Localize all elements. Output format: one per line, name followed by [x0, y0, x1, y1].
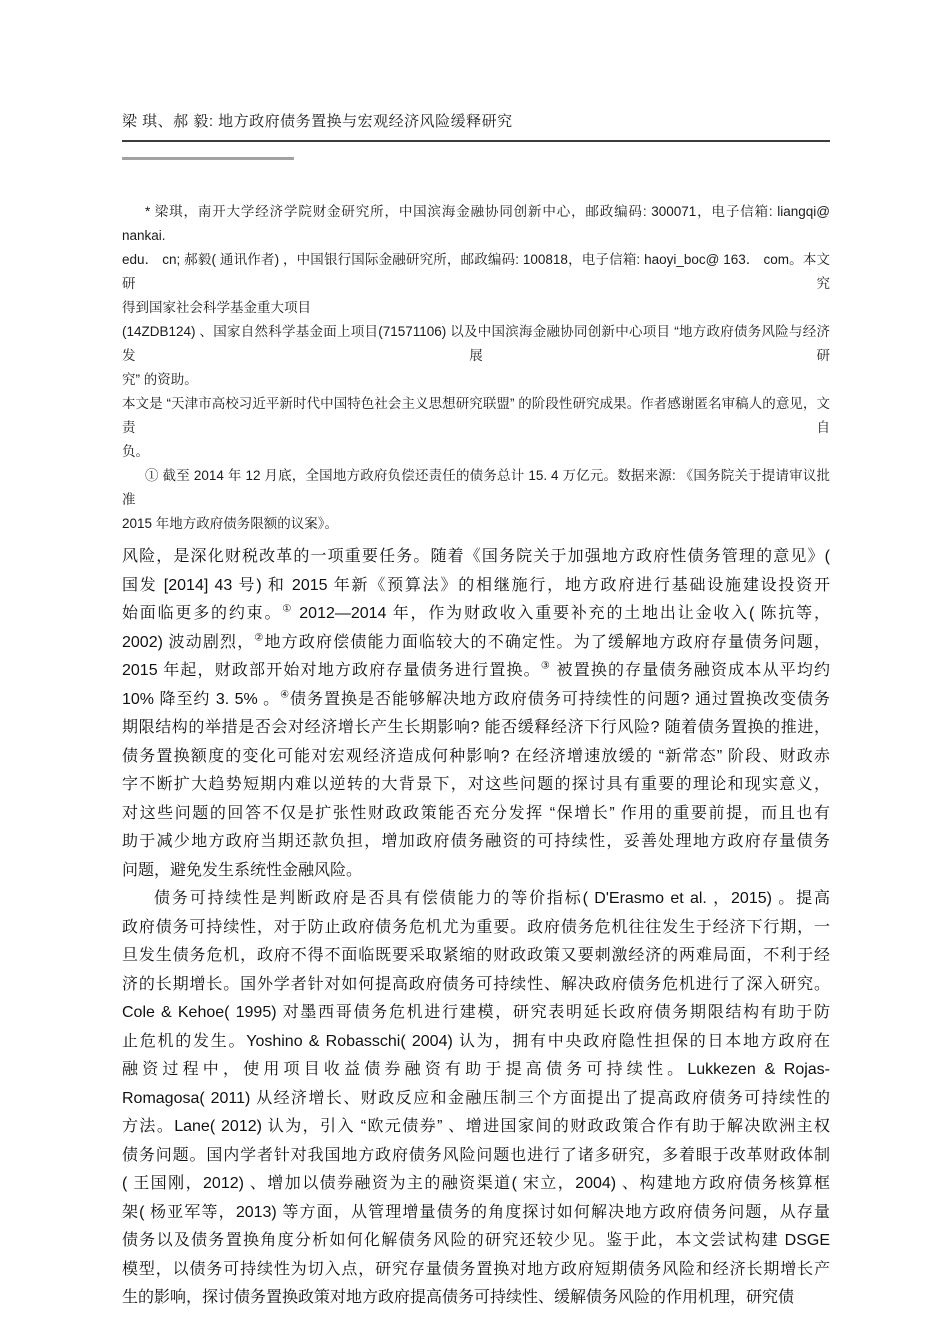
page-content: 梁 琪、郝 毅: 地方政府债务置换与宏观经济风险缓释研究 * 梁琪，南开大学经济… [122, 0, 830, 1313]
body-text-line: 旦发生债务危机，政府不得不面临既要采取紧缩的财政政策又要刺激经济的两难局面，不利… [122, 942, 830, 971]
body-text-line: 止危机的发生。Yoshino & Robasschi( 2004) 认为，拥有中… [122, 1028, 830, 1057]
footnote-block: * 梁琪，南开大学经济学院财金研究所，中国滨海金融协同创新中心，邮政编码: 30… [122, 200, 830, 536]
footnote-text-line: * 梁琪，南开大学经济学院财金研究所，中国滨海金融协同创新中心，邮政编码: 30… [122, 200, 830, 248]
footnote-acknowledgement-note: 本文是 “天津市高校习近平新时代中国特色社会主义思想研究联盟” 的阶段性研究成果… [122, 392, 830, 464]
body-text-line: Cole & Kehoe( 1995) 对墨西哥债务危机进行建模，研究表明延长政… [122, 999, 830, 1028]
body-text-line: 债务问题。国内学者针对我国地方政府债务风险问题也进行了诸多研究，多着眼于改革财政… [122, 1142, 830, 1171]
body-text-line: 期限结构的举措是否会对经济增长产生长期影响? 能否缓释经济下行风险? 随着债务置… [122, 714, 830, 743]
body-text-line: 济的长期增长。国外学者针对如何提高政府债务可持续性、解决政府债务危机进行了深入研… [122, 971, 830, 1000]
footnote-text-line: 究” 的资助。 [122, 368, 830, 392]
footnote-text-line: 本文是 “天津市高校习近平新时代中国特色社会主义思想研究联盟” 的阶段性研究成果… [122, 392, 830, 440]
body-text-block: 风险，是深化财税改革的一项重要任务。随着《国务院关于加强地方政府性债务管理的意见… [122, 543, 830, 1313]
body-text-line: 问题，避免发生系统性金融风险。 [122, 857, 830, 886]
footnote-text-line: 2015 年地方政府债务限额的议案》。 [122, 512, 830, 536]
body-text-line: 始面临更多的约束。① 2012—2014 年，作为财政收入重要补充的土地出让金收… [122, 600, 830, 629]
body-text-line: 方法。Lane( 2012) 认为，引入 “欧元债券” 、增进国家间的财政政策合… [122, 1113, 830, 1142]
body-text-line: 字不断扩大趋势短期内难以逆转的大背景下，对这些问题的探讨具有重要的理论和现实意义… [122, 771, 830, 800]
body-text-line: 10% 降至约 3. 5% 。④债务置换是否能够解决地方政府债务可持续性的问题?… [122, 686, 830, 715]
body-text-line: 政府债务可持续性，对于防止政府债务危机尤为重要。政府债务危机往往发生于经济下行期… [122, 914, 830, 943]
header-rule [122, 140, 830, 142]
body-text-line: 模型，以债务可持续性为切入点，研究存量债务置换对地方政府短期债务风险和经济长期增… [122, 1256, 830, 1285]
body-text-line: 对这些问题的回答不仅是扩张性财政政策能否充分发挥 “保增长” 作用的重要前提，而… [122, 800, 830, 829]
body-text-line: 2002) 波动剧烈，②地方政府偿债能力面临较大的不确定性。为了缓解地方政府存量… [122, 629, 830, 658]
footnote-text-line: 负。 [122, 440, 830, 464]
body-paragraph-intro: 风险，是深化财税改革的一项重要任务。随着《国务院关于加强地方政府性债务管理的意见… [122, 543, 830, 885]
running-header: 梁 琪、郝 毅: 地方政府债务置换与宏观经济风险缓释研究 [122, 110, 830, 131]
footnote-separator-rule [122, 157, 294, 160]
footnote-author-note: * 梁琪，南开大学经济学院财金研究所，中国滨海金融协同创新中心，邮政编码: 30… [122, 200, 830, 320]
body-paragraph-literature: 债务可持续性是判断政府是否具有偿债能力的等价指标( D'Erasmo et al… [122, 885, 830, 1313]
body-text-line: 风险，是深化财税改革的一项重要任务。随着《国务院关于加强地方政府性债务管理的意见… [122, 543, 830, 572]
body-text-line: 2015 年起，财政部开始对地方政府存量债务进行置换。③ 被置换的存量债务融资成… [122, 657, 830, 686]
footnote-text-line: 得到国家社会科学基金重大项目 [122, 296, 830, 320]
body-text-line: 国发 [2014] 43 号) 和 2015 年新《预算法》的相继施行，地方政府… [122, 572, 830, 601]
footnote-funding-note: (14ZDB124) 、国家自然科学基金面上项目(71571106) 以及中国滨… [122, 320, 830, 392]
paper-page: 梁 琪、郝 毅: 地方政府债务置换与宏观经济风险缓释研究 * 梁琪，南开大学经济… [0, 0, 950, 1344]
body-text-line: 债务以及债务置换角度分析如何化解债务风险的研究还较少见。鉴于此，本文尝试构建 D… [122, 1227, 830, 1256]
body-text-line: 融资过程中，使用项目收益债券融资有助于提高债务可持续性。Lukkezen & R… [122, 1056, 830, 1085]
footnote-text-line: (14ZDB124) 、国家自然科学基金面上项目(71571106) 以及中国滨… [122, 320, 830, 368]
body-text-line: ( 王国刚，2012) 、增加以债券融资为主的融资渠道( 宋立，2004) 、构… [122, 1170, 830, 1199]
footnote-1: ① 截至 2014 年 12 月底，全国地方政府负偿还责任的债务总计 15. 4… [122, 464, 830, 536]
footnote-text-line: edu． cn; 郝毅( 通讯作者) ，中国银行国际金融研究所，邮政编码: 10… [122, 248, 830, 296]
body-text-line: 生的影响，探讨债务置换政策对地方政府提高债务可持续性、缓解债务风险的作用机理，研… [122, 1284, 830, 1313]
body-text-line: 债务可持续性是判断政府是否具有偿债能力的等价指标( D'Erasmo et al… [122, 885, 830, 914]
body-text-line: 架( 杨亚军等，2013) 等方面，从管理增量债务的角度探讨如何解决地方政府债务… [122, 1199, 830, 1228]
body-text-line: 助于减少地方政府当期还款负担，增加政府债务融资的可持续性，妥善处理地方政府存量债… [122, 828, 830, 857]
body-text-line: Romagosa( 2011) 从经济增长、财政反应和金融压制三个方面提出了提高… [122, 1085, 830, 1114]
footnote-text-line: ① 截至 2014 年 12 月底，全国地方政府负偿还责任的债务总计 15. 4… [122, 464, 830, 512]
body-text-line: 债务置换额度的变化可能对宏观经济造成何种影响? 在经济增速放缓的 “新常态” 阶… [122, 743, 830, 772]
